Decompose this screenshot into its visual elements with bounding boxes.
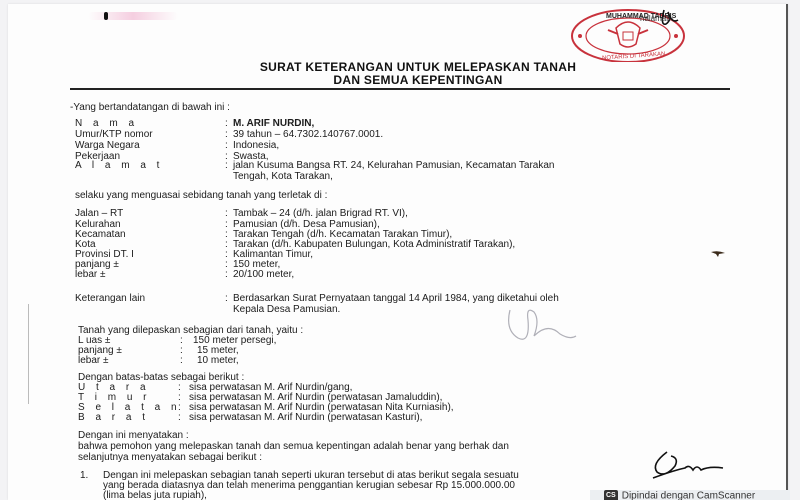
field-label: Umur/KTP nomor <box>75 129 153 140</box>
insect-mark-icon <box>710 250 726 258</box>
declaration-intro: Dengan ini menyatakan : <box>78 430 189 441</box>
camscanner-watermark: CSDipindai dengan CamScanner <box>590 490 790 500</box>
field-label: A l a m a t <box>75 160 163 171</box>
field-label: Jalan – RT <box>75 208 123 219</box>
field-label: N a m a <box>75 118 138 129</box>
colon: : <box>225 208 228 219</box>
colon: : <box>225 140 228 151</box>
field-value-nationality: Indonesia, <box>233 140 279 151</box>
page-label: halaman- <box>640 14 673 23</box>
field-value: 20/100 meter, <box>233 269 294 280</box>
camscanner-logo-icon: CS <box>604 490 618 500</box>
colon: : <box>225 129 228 140</box>
field-value: sisa perwatasan M. Arif Nurdin (perwatas… <box>189 412 422 423</box>
ink-smudge <box>88 12 178 20</box>
declaration-line: bahwa pemohon yang melepaskan tanah dan … <box>78 441 509 452</box>
document-subtitle: DAN SEMUA KEPENTINGAN <box>18 73 800 87</box>
colon: : <box>178 412 181 423</box>
item-number: 1. <box>80 470 88 481</box>
field-label: lebar ± <box>75 269 106 280</box>
land-intro-text: selaku yang menguasai sebidang tanah yan… <box>75 190 327 201</box>
field-value: 10 meter, <box>197 355 239 366</box>
field-value-address: jalan Kusuma Bangsa RT. 24, Kelurahan Pa… <box>233 160 555 171</box>
field-label: lebar ± <box>78 355 109 366</box>
field-label: Keterangan lain <box>75 293 145 304</box>
document-title: SURAT KETERANGAN UNTUK MELEPASKAN TANAH <box>18 60 800 74</box>
field-value-address-cont: Tengah, Kota Tarakan, <box>233 171 333 182</box>
faint-signature-icon <box>500 300 580 345</box>
signature-icon <box>645 448 725 482</box>
field-label: B a r a t <box>78 412 149 423</box>
intro-text: -Yang bertandatangan di bawah ini : <box>70 102 230 113</box>
camscanner-text: Dipindai dengan CamScanner <box>622 491 755 500</box>
field-value-age-id: 39 tahun – 64.7302.140767.0001. <box>233 129 383 140</box>
field-value-other-info-cont: Kepala Desa Pamusian. <box>233 304 340 315</box>
colon: : <box>225 118 228 129</box>
colon: : <box>225 269 228 280</box>
item-line: (lima belas juta rupiah), <box>103 490 207 500</box>
colon: : <box>225 293 228 304</box>
field-label: Warga Negara <box>75 140 140 151</box>
field-value-name: M. ARIF NURDIN, <box>233 118 314 129</box>
ink-mark <box>104 12 108 20</box>
title-divider <box>70 88 730 90</box>
colon: : <box>180 355 183 366</box>
field-value: Tambak – 24 (d/h. jalan Brigrad RT. VI), <box>233 208 408 219</box>
colon: : <box>225 160 228 171</box>
page-edge-line <box>28 304 29 404</box>
declaration-line: selanjutnya menyatakan sebagai berikut : <box>78 452 262 463</box>
